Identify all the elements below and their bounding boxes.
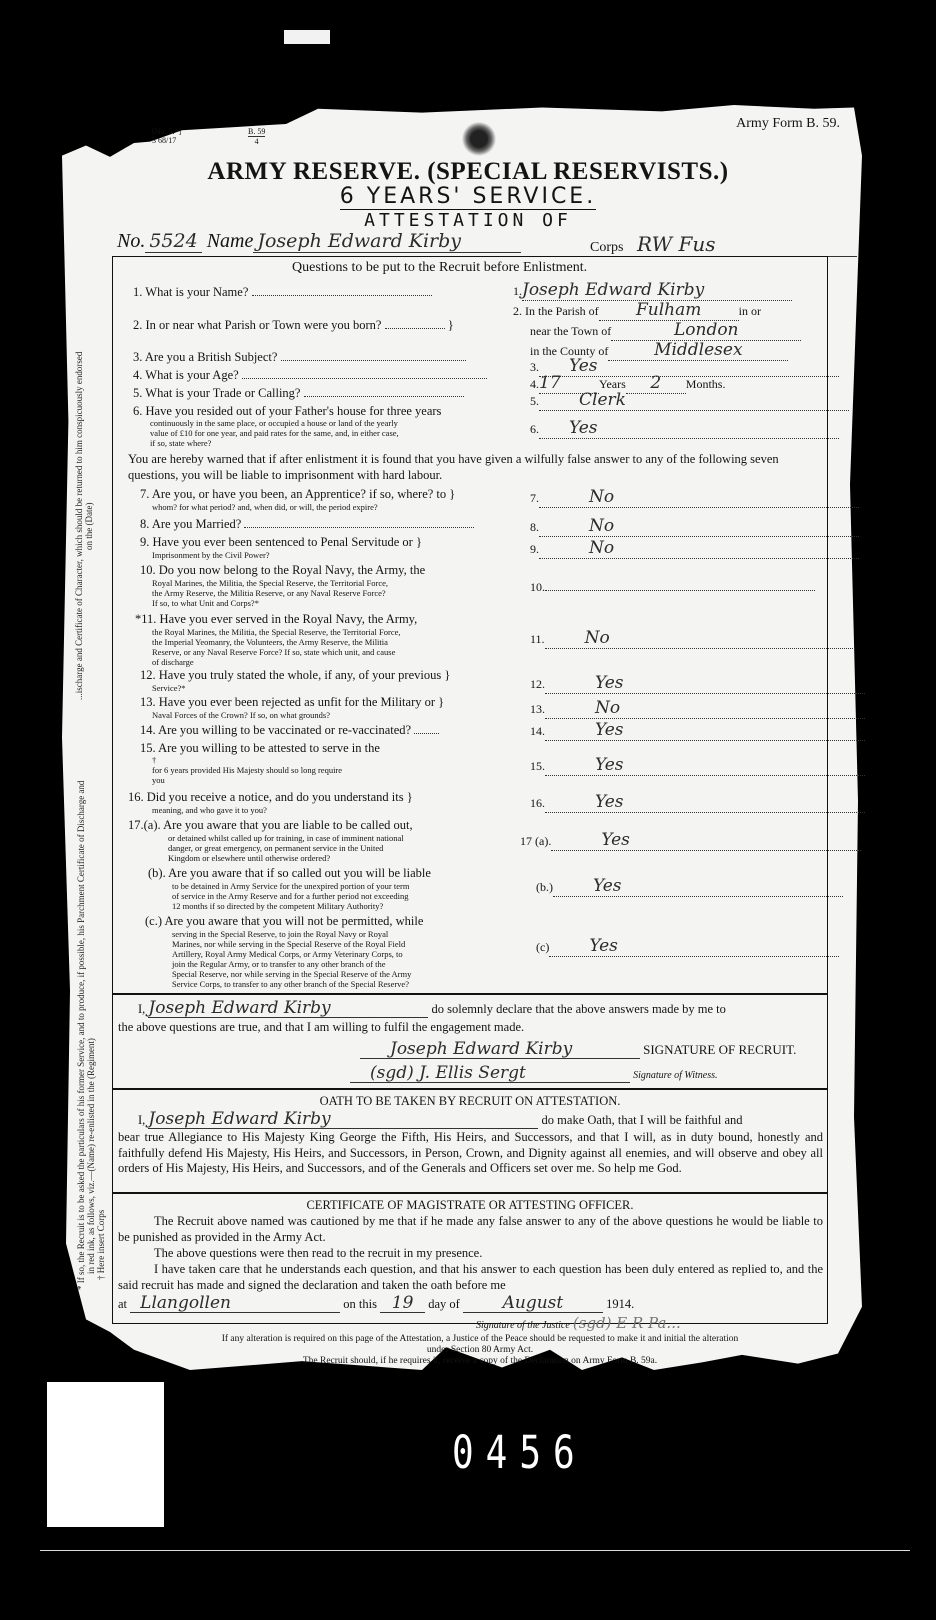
oath-name: Joseph Edward Kirby: [148, 1112, 538, 1129]
form-subtitle: 6 YEARS' SERVICE.: [0, 184, 936, 209]
army-form-number: Army Form B. 59.: [736, 116, 840, 132]
question-12: 12. Have you truly stated the whole, if …: [140, 668, 450, 682]
question-7-detail: whom? for what period? and, when did, or…: [152, 502, 378, 512]
question-10-detail: Royal Marines, the Militia, the Special …: [152, 578, 388, 608]
justice-signature: (sgd) E R Pa...: [573, 1314, 681, 1332]
scan-edge-line: [40, 1550, 910, 1551]
attestation-heading: ATTESTATION OF: [0, 210, 936, 231]
declaration-line1: I, Joseph Edward Kirby do solemnly decla…: [138, 1001, 828, 1018]
question-17b: (b). Are you aware that if so called out…: [148, 866, 431, 880]
divider: [112, 993, 828, 995]
footer-note-1: If any alteration is required on this pa…: [140, 1334, 820, 1344]
attestation-year: 1914.: [606, 1297, 634, 1311]
answer-12: 12.Yes: [530, 673, 865, 694]
footer-note-3: The Recruit should, if he requires it, r…: [140, 1356, 820, 1366]
frame-serial-number: 0456: [452, 1428, 587, 1479]
question-17a: 17.(a). Are you aware that you are liabl…: [128, 818, 413, 832]
margin-note-bottom: * If so, the Recruit is to be asked the …: [76, 781, 106, 1290]
question-17c-detail: serving in the Special Reserve, to join …: [172, 929, 411, 989]
question-12-detail: Service?*: [152, 683, 186, 693]
answer-5: 5.Clerk: [530, 390, 849, 411]
answer-2-town: near the Town ofLondon: [530, 320, 801, 341]
certificate-p3: I have taken care that he understands ea…: [118, 1262, 823, 1293]
answer-16: 16.Yes: [530, 792, 865, 813]
oath-body: bear true Allegiance to His Majesty King…: [118, 1130, 823, 1177]
answer-17b: (b.)Yes: [536, 876, 843, 897]
recruit-name: Joseph Edward Kirby: [253, 230, 521, 253]
witness-signature-row: (sgd) J. Ellis Sergt Signature of Witnes…: [350, 1066, 820, 1084]
answer-17a: 17 (a).Yes: [520, 830, 861, 851]
answer-1: 1.Joseph Edward Kirby: [513, 280, 792, 301]
answer-13: 13.No: [530, 698, 865, 719]
answer-8: 8.No: [530, 516, 859, 537]
royal-crest-icon: [461, 118, 497, 156]
question-6: 6. Have you resided out of your Father's…: [133, 404, 441, 418]
certificate-p1: The Recruit above named was cautioned by…: [118, 1214, 823, 1245]
attestation-day: 19: [380, 1296, 425, 1313]
question-17b-detail: to be detained in Army Service for the u…: [172, 881, 409, 911]
attestation-place: Llangollen: [130, 1296, 340, 1313]
certificate-place-date: at Llangollen on this 19 day of August 1…: [118, 1296, 823, 1313]
question-11-detail: the Royal Marines, the Militia, the Spec…: [152, 627, 401, 667]
form-title: ARMY RESERVE. (SPECIAL RESERVISTS.): [0, 158, 936, 186]
recruit-signature-row: Joseph Edward Kirby SIGNATURE OF RECRUIT…: [360, 1042, 830, 1059]
question-14: 14. Are you willing to be vaccinated or …: [140, 723, 439, 737]
question-7: 7. Are you, or have you been, an Apprent…: [140, 487, 455, 501]
question-9-detail: Imprisonment by the Civil Power?: [152, 550, 270, 560]
question-9: 9. Have you ever been sentenced to Penal…: [140, 535, 422, 549]
warning-text: You are hereby warned that if after enli…: [128, 452, 818, 483]
divider: [112, 1088, 828, 1090]
witness-signature: (sgd) J. Ellis Sergt: [350, 1066, 630, 1083]
question-8: 8. Are you Married?: [140, 517, 474, 531]
question-4: 4. What is your Age?: [133, 368, 487, 382]
question-6-detail: continuously in the same place, or occup…: [150, 418, 399, 448]
declaration-line2: the above questions are true, and that I…: [118, 1020, 818, 1036]
question-17c: (c.) Are you aware that you will not be …: [145, 914, 423, 928]
answer-9: 9.No: [530, 538, 859, 559]
oath-line1: I, Joseph Edward Kirby do make Oath, tha…: [138, 1112, 828, 1129]
answer-15: 15.Yes: [530, 755, 865, 776]
recruit-number-name: No.5524 NameJoseph Edward Kirby: [117, 230, 521, 253]
question-1: 1. What is your Name?: [133, 285, 432, 299]
form-reference: [No. 5.*] 3 68/17: [152, 127, 181, 145]
question-17a-detail: or detained whilst called up for trainin…: [168, 833, 404, 863]
corps-value: RW Fus: [627, 232, 857, 257]
recruit-signature: Joseph Edward Kirby: [360, 1042, 640, 1059]
answer-17c: (c)Yes: [536, 936, 839, 957]
question-13: 13. Have you ever been rejected as unfit…: [140, 695, 444, 709]
oath-title: OATH TO BE TAKEN BY RECRUIT ON ATTESTATI…: [112, 1094, 828, 1110]
question-10: 10. Do you now belong to the Royal Navy,…: [140, 563, 425, 577]
justice-signature-row: Signature of the Justice (sgd) E R Pa...: [476, 1316, 826, 1334]
answer-11: 11.No: [530, 628, 855, 649]
certificate-title: CERTIFICATE OF MAGISTRATE OR ATTESTING O…: [112, 1198, 828, 1214]
answer-14: 14.Yes: [530, 720, 865, 741]
calibration-patch: [47, 1382, 164, 1527]
answer-10: 10.: [530, 580, 815, 595]
footer-note-2: under Section 80 Army Act.: [140, 1345, 820, 1355]
answer-7: 7.No: [530, 487, 859, 508]
form-reference-box: B. 59 4: [248, 127, 265, 146]
certificate-p2: The above questions were then read to th…: [118, 1246, 823, 1262]
question-13-detail: Naval Forces of the Crown? If so, on wha…: [152, 710, 330, 720]
margin-note-top: ...ischarge and Certificate of Character…: [74, 352, 94, 700]
question-5: 5. What is your Trade or Calling?: [133, 386, 464, 400]
questions-heading: Questions to be put to the Recruit befor…: [292, 260, 587, 276]
recruit-number: 5524: [145, 230, 201, 253]
paper-scrap: [284, 30, 330, 44]
question-2: 2. In or near what Parish or Town were y…: [133, 318, 454, 332]
declaration-name: Joseph Edward Kirby: [148, 1001, 428, 1018]
question-16: 16. Did you receive a notice, and do you…: [128, 790, 413, 804]
answer-6: 6.Yes: [530, 418, 839, 439]
question-3: 3. Are you a British Subject?: [133, 350, 466, 364]
question-15: 15. Are you willing to be attested to se…: [140, 741, 380, 755]
corps-field: Corps RW Fus: [590, 232, 857, 257]
divider: [112, 1192, 828, 1194]
question-11: *11. Have you ever served in the Royal N…: [135, 612, 417, 626]
answer-2-parish: 2. In the Parish ofFulhamin or: [513, 300, 761, 321]
attestation-month: August: [463, 1296, 603, 1313]
question-15-detail: †for 6 years provided His Majesty should…: [152, 755, 342, 785]
question-16-detail: meaning, and who gave it to you?: [152, 805, 267, 815]
